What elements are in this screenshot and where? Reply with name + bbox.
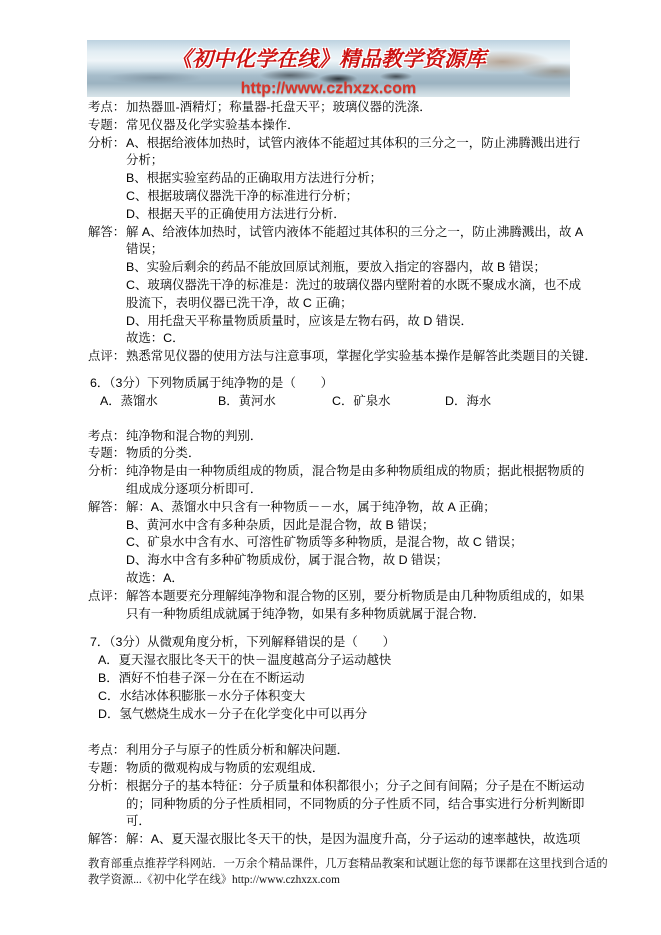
text-line: C、根据玻璃仪器洗干净的标准进行分析； — [126, 188, 575, 206]
jieda-label: 解答： — [88, 499, 126, 588]
text-line: D、用托盘天平称量物质质量时，应该是左物右码，故 D 错误． — [126, 313, 575, 331]
text-line: 解答本题要充分理解纯净物和混合物的区别，要分析物质是由几种物质组成的，如果 — [126, 588, 575, 606]
text-line: 的；同种物质的分子性质相同，不同物质的分子性质不同，结合事实进行分析判断即 — [126, 796, 575, 814]
spacer — [88, 366, 575, 375]
footer-line-1: 教育部重点推荐学科网站．一万余个精品课件，几万套精品教案和试题让您的每节课都在这… — [88, 856, 621, 872]
text-line: 解：A、蒸馏水中只含有一种物质－－水，属于纯净物，故 A 正确； — [126, 499, 575, 517]
q6-fenxi-row: 分析： 纯净物是由一种物质组成的物质，混合物是由多种物质组成的物质；据此根据物质… — [88, 463, 575, 499]
zhuanti-text: 常见仪器及化学实验基本操作． — [126, 117, 575, 135]
q7-fenxi-row: 分析： 根据分子的基本特征：分子质量和体积都很小；分子之间有间隔；分子是在不断运… — [88, 778, 575, 831]
kaodian-text: 利用分子与原子的性质分析和解决问题． — [126, 742, 575, 760]
spacer — [88, 723, 575, 742]
text-line: 熟悉常见仪器的使用方法与注意事项，掌握化学实验基本操作是解答此类题目的关键． — [126, 348, 575, 366]
question-7-text: 7．（3分）从微观角度分析，下列解释错误的是（ ） — [88, 634, 575, 652]
zhuanti-label: 专题： — [88, 760, 126, 778]
q6-option-b: B．黄河水 — [218, 393, 332, 411]
text-line: D、根据天平的正确使用方法进行分析． — [126, 206, 575, 224]
text-line: 解 A、给液体加热时，试管内液体不能超过其体积的三分之一，防止沸腾溅出，故 A — [126, 224, 575, 242]
dianping-label: 点评： — [88, 588, 126, 624]
fenxi-label: 分析： — [88, 463, 126, 499]
text-line: 组成成分逐项分析即可． — [126, 481, 575, 499]
q7-zhuanti-row: 专题： 物质的微观构成与物质的宏观组成． — [88, 760, 575, 778]
question-6-options: A．蒸馏水 B．黄河水 C．矿泉水 D．海水 — [88, 393, 575, 411]
text-line: B、黄河水中含有多种杂质，因此是混合物，故 B 错误； — [126, 517, 575, 535]
text-line: 分析； — [126, 152, 575, 170]
q7-option-d: D．氢气燃烧生成水－分子在化学变化中可以再分 — [88, 706, 575, 724]
jieda-label: 解答： — [88, 224, 126, 349]
fenxi-label: 分析： — [88, 778, 126, 831]
text-line: B、根据实验室药品的正确取用方法进行分析； — [126, 170, 575, 188]
text-line: 可． — [126, 813, 575, 831]
document-body: 考点： 加热器皿-酒精灯；称量器-托盘天平；玻璃仪器的洗涤． 专题： 常见仪器及… — [88, 99, 575, 849]
q5-dianping-row: 点评： 熟悉常见仪器的使用方法与注意事项，掌握化学实验基本操作是解答此类题目的关… — [88, 348, 575, 366]
question-6-text: 6．（3分）下列物质属于纯净物的是（ ） — [88, 375, 575, 393]
answer-choice-line: 故选：C． — [126, 330, 575, 348]
text-line: 错误； — [126, 241, 575, 259]
q5-fenxi-row: 分析： A、根据给液体加热时，试管内液体不能超过其体积的三分之一，防止沸腾溅出进… — [88, 135, 575, 224]
q6-option-a: A．蒸馏水 — [100, 393, 218, 411]
jieda-label: 解答： — [88, 831, 126, 849]
footer-url: http://www.czhxzx.com — [232, 874, 340, 886]
text-line: B、实验后剩余的药品不能放回原试剂瓶，要放入指定的容器内，故 B 错误； — [126, 259, 575, 277]
site-banner: 《初中化学在线》精品教学资源库 http://www.czhxzx.com — [87, 40, 570, 97]
zhuanti-label: 专题： — [88, 117, 126, 135]
text-line: 股流下，表明仪器已洗干净，故 C 正确； — [126, 295, 575, 313]
q5-zhuanti-row: 专题： 常见仪器及化学实验基本操作． — [88, 117, 575, 135]
banner-title: 《初中化学在线》精品教学资源库 — [87, 47, 570, 71]
text-line: 解：A、夏天湿衣服比冬天干的快，是因为温度升高，分子运动的速率越快，故选项 — [126, 831, 575, 849]
answer-choice-line: 故选：A． — [126, 570, 575, 588]
fenxi-label: 分析： — [88, 135, 126, 224]
kaodian-label: 考点： — [88, 99, 126, 117]
text-line: 根据分子的基本特征：分子质量和体积都很小；分子之间有间隔；分子是在不断运动 — [126, 778, 575, 796]
kaodian-label: 考点： — [88, 428, 126, 446]
q7-jieda-row: 解答： 解：A、夏天湿衣服比冬天干的快，是因为温度升高，分子运动的速率越快，故选… — [88, 831, 575, 849]
text-line: D、海水中含有多种矿物质成份，属于混合物，故 D 错误； — [126, 552, 575, 570]
zhuanti-text: 物质的分类． — [126, 445, 575, 463]
q5-jieda-row: 解答： 解 A、给液体加热时，试管内液体不能超过其体积的三分之一，防止沸腾溅出，… — [88, 224, 575, 349]
zhuanti-label: 专题： — [88, 445, 126, 463]
kaodian-label: 考点： — [88, 742, 126, 760]
text-line: C、矿泉水中含有水、可溶性矿物质等多种物质，是混合物，故 C 错误； — [126, 534, 575, 552]
dianping-label: 点评： — [88, 348, 126, 366]
q5-kaodian-row: 考点： 加热器皿-酒精灯；称量器-托盘天平；玻璃仪器的洗涤． — [88, 99, 575, 117]
q6-kaodian-row: 考点： 纯净物和混合物的判别． — [88, 428, 575, 446]
text-line: A、根据给液体加热时，试管内液体不能超过其体积的三分之一，防止沸腾溅出进行 — [126, 135, 575, 153]
text-line: C、玻璃仪器洗干净的标准是：洗过的玻璃仪器内壁附着的水既不聚成水滴，也不成 — [126, 277, 575, 295]
q6-dianping-row: 点评： 解答本题要充分理解纯净物和混合物的区别，要分析物质是由几种物质组成的，如… — [88, 588, 575, 624]
q7-kaodian-row: 考点： 利用分子与原子的性质分析和解决问题． — [88, 742, 575, 760]
q6-option-c: C．矿泉水 — [332, 393, 445, 411]
q6-option-d: D．海水 — [445, 393, 491, 411]
q6-jieda-row: 解答： 解：A、蒸馏水中只含有一种物质－－水，属于纯净物，故 A 正确； B、黄… — [88, 499, 575, 588]
footer-site-name: 教学资源...《初中化学在线》 — [88, 874, 232, 886]
q7-option-c: C．水结冰体积膨胀－水分子体积变大 — [88, 688, 575, 706]
spacer — [88, 623, 575, 634]
text-line: 纯净物是由一种物质组成的物质，混合物是由多种物质组成的物质；据此根据物质的 — [126, 463, 575, 481]
footer-line-2: 教学资源...《初中化学在线》http://www.czhxzx.com — [88, 872, 621, 888]
kaodian-text: 加热器皿-酒精灯；称量器-托盘天平；玻璃仪器的洗涤． — [126, 99, 575, 117]
banner-url: http://www.czhxzx.com — [87, 80, 570, 97]
q7-option-a: A．夏天湿衣服比冬天干的快－温度越高分子运动越快 — [88, 652, 575, 670]
spacer — [88, 411, 575, 428]
zhuanti-text: 物质的微观构成与物质的宏观组成． — [126, 760, 575, 778]
kaodian-text: 纯净物和混合物的判别． — [126, 428, 575, 446]
page-footer: 教育部重点推荐学科网站．一万余个精品课件，几万套精品教案和试题让您的每节课都在这… — [88, 856, 621, 888]
text-line: 只有一种物质组成就属于纯净物，如果有多种物质就属于混合物． — [126, 606, 575, 624]
document-page: 《初中化学在线》精品教学资源库 http://www.czhxzx.com 考点… — [0, 0, 661, 935]
q6-zhuanti-row: 专题： 物质的分类． — [88, 445, 575, 463]
q7-option-b: B．酒好不怕巷子深－分在在不断运动 — [88, 670, 575, 688]
